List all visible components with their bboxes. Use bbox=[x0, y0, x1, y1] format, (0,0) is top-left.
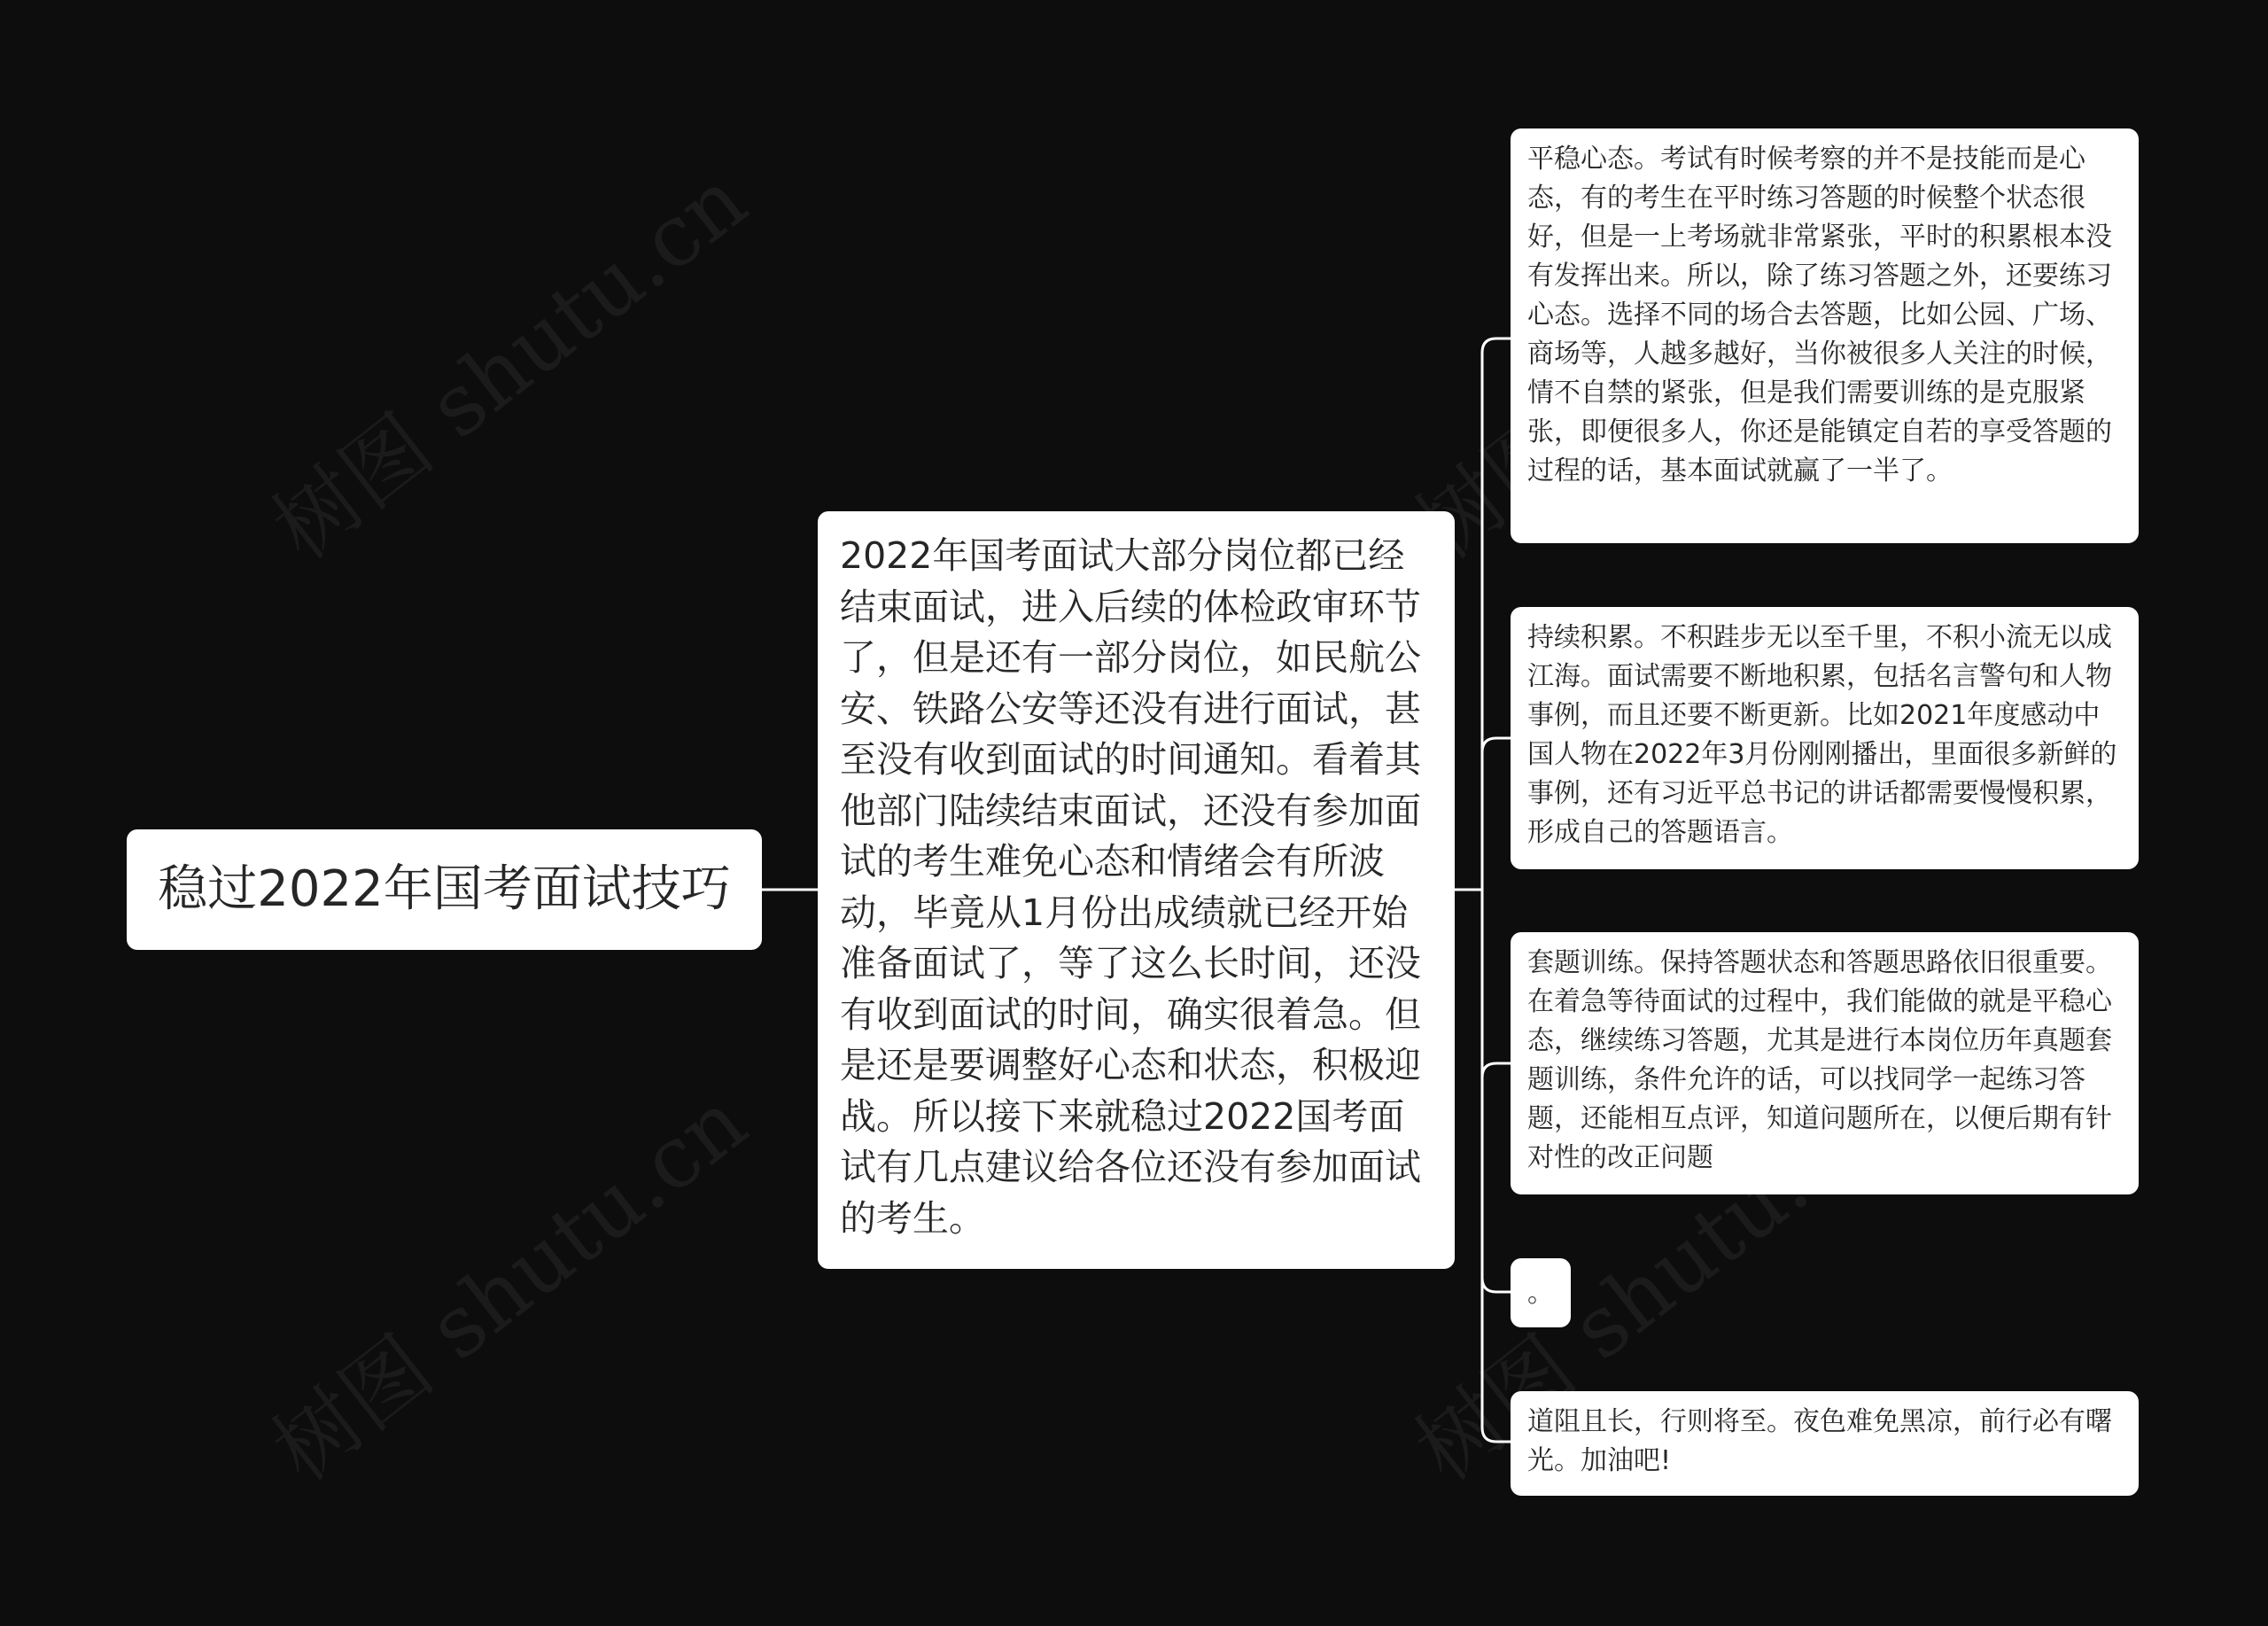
tip-node-accumulate[interactable]: 持续积累。不积跬步无以至千里，不积小流无以成江海。面试需要不断地积累，包括名言警… bbox=[1511, 607, 2139, 869]
root-node[interactable]: 稳过2022年国考面试技巧 bbox=[127, 829, 762, 950]
tip-node-text: 道阻且长，行则将至。夜色难免黑凉，前行必有曙光。加油吧! bbox=[1527, 1406, 2112, 1476]
tip-node-text: 套题训练。保持答题状态和答题思路依旧很重要。在着急等待面试的过程中，我们能做的就… bbox=[1527, 947, 2112, 1173]
tip-node-practice-sets[interactable]: 套题训练。保持答题状态和答题思路依旧很重要。在着急等待面试的过程中，我们能做的就… bbox=[1511, 932, 2139, 1194]
root-node-label: 稳过2022年国考面试技巧 bbox=[158, 865, 731, 914]
intro-node[interactable]: 2022年国考面试大部分岗位都已经结束面试，进入后续的体检政审环节了，但是还有一… bbox=[818, 511, 1455, 1269]
tip-node-text: 平稳心态。考试有时候考察的并不是技能而是心态，有的考生在平时练习答题的时候整个状… bbox=[1527, 144, 2112, 486]
connector-leaf-4 bbox=[1482, 1278, 1511, 1292]
watermark: 树图 shutu.cn bbox=[245, 136, 767, 582]
tip-node-encouragement[interactable]: 道阻且长，行则将至。夜色难免黑凉，前行必有曙光。加油吧! bbox=[1511, 1391, 2139, 1496]
mindmap-canvas: 树图 shutu.cn 树图 shutu.cn 树图 shutu.cn 树图 s… bbox=[0, 0, 2268, 1626]
tip-node-text: 持续积累。不积跬步无以至千里，不积小流无以成江海。面试需要不断地积累，包括名言警… bbox=[1527, 622, 2117, 848]
bracket-spine bbox=[1482, 338, 1511, 1442]
connector-leaf-2 bbox=[1482, 738, 1511, 752]
tip-node-period[interactable]: 。 bbox=[1511, 1258, 1571, 1327]
tip-node-steady-mindset[interactable]: 平稳心态。考试有时候考察的并不是技能而是心态，有的考生在平时练习答题的时候整个状… bbox=[1511, 128, 2139, 543]
intro-node-text: 2022年国考面试大部分岗位都已经结束面试，进入后续的体检政审环节了，但是还有一… bbox=[840, 534, 1421, 1240]
tip-node-text: 。 bbox=[1527, 1278, 1554, 1309]
watermark: 树图 shutu.cn bbox=[245, 1058, 767, 1504]
connector-leaf-3 bbox=[1482, 1063, 1511, 1078]
